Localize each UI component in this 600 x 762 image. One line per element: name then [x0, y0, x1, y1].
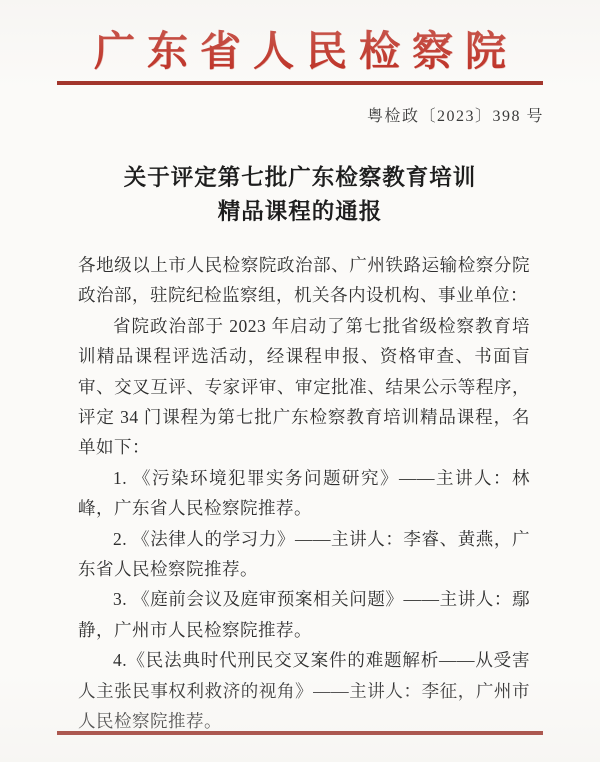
course-item-3: 3. 《庭前会议及庭审预案相关问题》——主讲人：鄢静，广州市人民检察院推荐。 — [78, 584, 530, 645]
intro-paragraph: 省院政治部于 2023 年启动了第七批省级检察教育培训精品课程评选活动，经课程申… — [78, 311, 530, 463]
document-title-line2: 精品课程的通报 — [0, 195, 600, 229]
course-item-4: 4.《民法典时代刑民交叉案件的难题解析——从受害人主张民事权利救济的视角》——主… — [78, 645, 530, 736]
document-title: 关于评定第七批广东检察教育培训 精品课程的通报 — [0, 161, 600, 229]
agency-letterhead: 广东省人民检察院 — [0, 18, 600, 77]
letterhead-divider-line — [57, 81, 543, 85]
footer-divider-line — [57, 731, 543, 735]
course-item-1: 1. 《污染环境犯罪实务问题研究》——主讲人：林峰，广东省人民检察院推荐。 — [78, 463, 530, 524]
document-body: 各地级以上市人民检察院政治部、广州铁路运输检察分院政治部，驻院纪检监察组，机关各… — [78, 250, 530, 737]
course-item-2: 2. 《法律人的学习力》——主讲人：李睿、黄燕，广东省人民检察院推荐。 — [78, 524, 530, 585]
document-page: 广东省人民检察院 粤检政〔2023〕398 号 关于评定第七批广东检察教育培训 … — [0, 0, 600, 762]
document-title-line1: 关于评定第七批广东检察教育培训 — [0, 161, 600, 195]
recipients-paragraph: 各地级以上市人民检察院政治部、广州铁路运输检察分院政治部，驻院纪检监察组，机关各… — [78, 250, 530, 311]
document-reference-number: 粤检政〔2023〕398 号 — [367, 103, 544, 126]
